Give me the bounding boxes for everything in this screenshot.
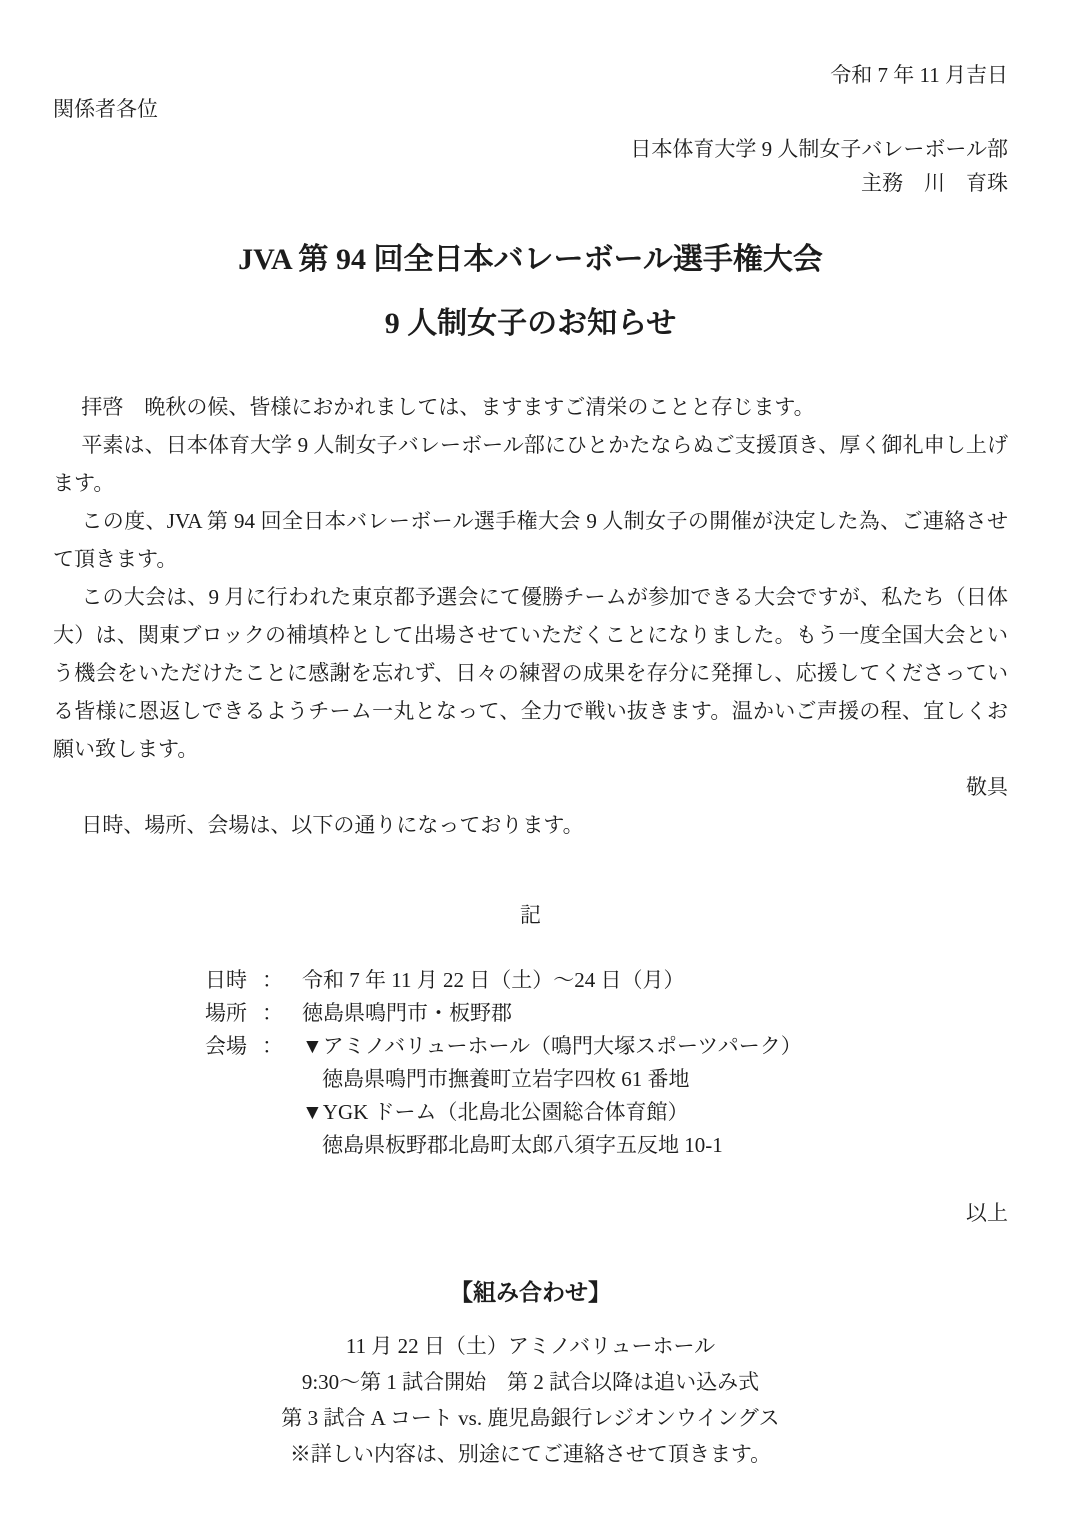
schedule-heading: 【組み合わせ】: [53, 1276, 1008, 1310]
detail-row-datetime: 日時 ： 令和 7 年 11 月 22 日（土）～24 日（月）: [205, 964, 1008, 997]
detail-label-place: 場所: [205, 997, 262, 1030]
schedule-line-venue: 11 月 22 日（土）アミノバリューホール: [53, 1328, 1008, 1364]
details-heading: 記: [53, 900, 1008, 930]
paragraph-announcement: この度、JVA 第 94 回全日本バレーボール選手権大会 9 人制女子の開催が決…: [53, 502, 1008, 578]
venue-name-2: ▼YGK ドーム（北島北公園総合体育館）: [302, 1096, 1008, 1129]
document-page: 令和 7 年 11 月吉日 関係者各位 日本体育大学 9 人制女子バレーボール部…: [0, 0, 1070, 1530]
sender-organization: 日本体育大学 9 人制女子バレーボール部: [53, 136, 1008, 162]
event-details: 日時 ： 令和 7 年 11 月 22 日（土）～24 日（月） 場所 ： 徳島…: [205, 964, 1008, 1162]
detail-colon: ：: [262, 964, 302, 997]
lead-to-details: 日時、場所、会場は、以下の通りになっております。: [53, 806, 1008, 844]
detail-label-datetime: 日時: [205, 964, 262, 997]
end-marker: 以上: [53, 1198, 1008, 1228]
detail-colon: ：: [262, 1030, 302, 1063]
closing-word: 敬具: [53, 768, 1008, 806]
document-title: JVA 第 94 回全日本バレーボール選手権大会: [53, 240, 1008, 280]
sender-person: 主務 川 育珠: [53, 170, 1008, 196]
venue-address-2: 徳島県板野郡北島町太郎八須字五反地 10-1: [322, 1129, 1008, 1162]
paragraph-background: この大会は、9 月に行われた東京都予選会にて優勝チームが参加できる大会ですが、私…: [53, 578, 1008, 768]
paragraph-greeting: 拝啓 晩秋の候、皆様におかれましては、ますますご清栄のことと存じます。: [53, 388, 1008, 426]
detail-row-place: 場所 ： 徳島県鳴門市・板野郡: [205, 997, 1008, 1030]
detail-value-place: 徳島県鳴門市・板野郡: [302, 997, 1008, 1030]
schedule-line-note: ※詳しい内容は、別途にてご連絡させて頂きます。: [53, 1436, 1008, 1472]
venue-name-1: ▼アミノバリューホール（鳴門大塚スポーツパーク）: [302, 1030, 1008, 1063]
paragraph-thanks: 平素は、日本体育大学 9 人制女子バレーボール部にひとかたならぬご支援頂き、厚く…: [53, 426, 1008, 502]
schedule-line-match: 第 3 試合 A コート vs. 鹿児島銀行レジオンウイングス: [53, 1400, 1008, 1436]
letter-body: 拝啓 晩秋の候、皆様におかれましては、ますますご清栄のことと存じます。 平素は、…: [53, 388, 1008, 768]
document-date: 令和 7 年 11 月吉日: [53, 62, 1008, 88]
recipient-line: 関係者各位: [53, 96, 1008, 122]
detail-value-datetime: 令和 7 年 11 月 22 日（土）～24 日（月）: [302, 964, 1008, 997]
detail-label-venue: 会場: [205, 1030, 262, 1063]
document-subtitle: 9 人制女子のお知らせ: [53, 304, 1008, 344]
venue-address-1: 徳島県鳴門市撫養町立岩字四枚 61 番地: [322, 1063, 1008, 1096]
schedule-block: 11 月 22 日（土）アミノバリューホール 9:30～第 1 試合開始 第 2…: [53, 1328, 1008, 1472]
detail-colon: ：: [262, 997, 302, 1030]
schedule-line-start-time: 9:30～第 1 試合開始 第 2 試合以降は追い込み式: [53, 1364, 1008, 1400]
detail-row-venue: 会場 ： ▼アミノバリューホール（鳴門大塚スポーツパーク）: [205, 1030, 1008, 1063]
